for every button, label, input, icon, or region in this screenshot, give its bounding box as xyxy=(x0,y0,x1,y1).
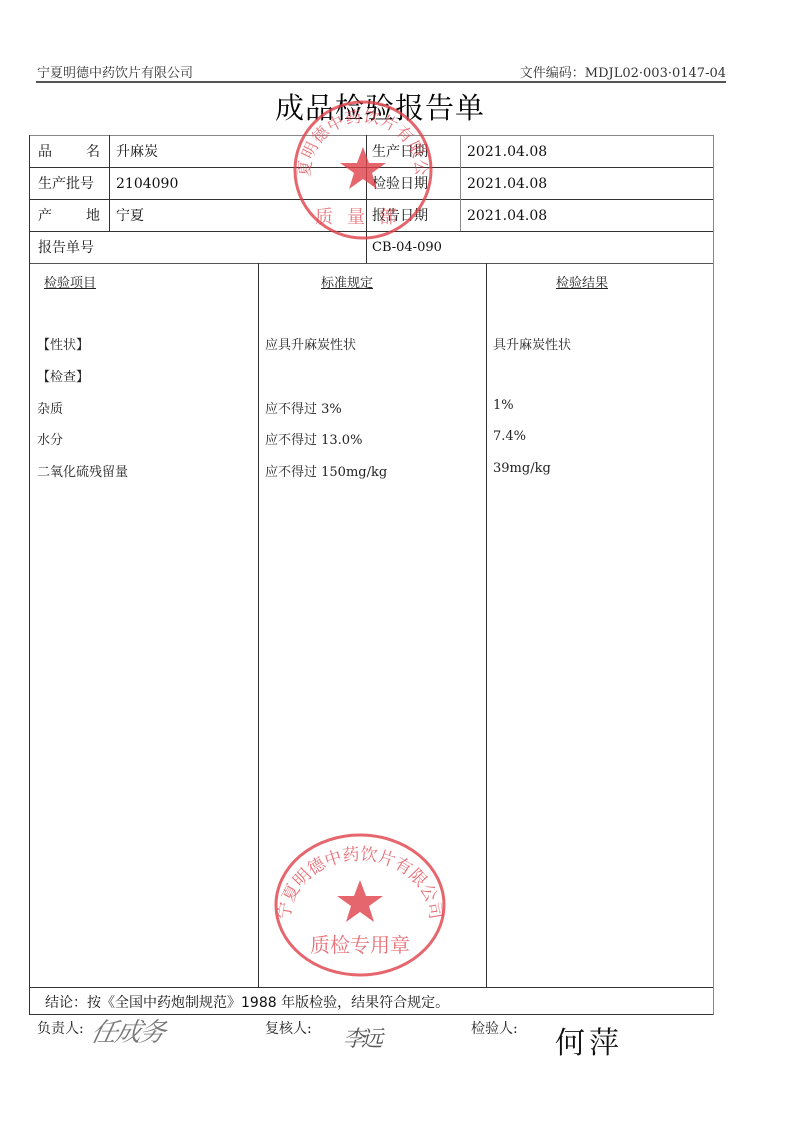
inspector-signature: 何萍 xyxy=(555,1018,623,1062)
inspector-label: 检验人: xyxy=(471,1018,518,1038)
row-standard: 应不得过 3% xyxy=(265,398,342,417)
row-result: 7.4% xyxy=(493,429,526,444)
batch-value: 2104090 xyxy=(116,168,178,200)
inspection-date-value: 2021.04.08 xyxy=(467,168,547,200)
conclusion-text: 结论：按《全国中药炮制规范》1988 年版检验，结果符合规定。 xyxy=(45,992,449,1012)
row-result: 具升麻炭性状 xyxy=(493,334,571,353)
col-divider xyxy=(460,135,461,231)
header-rule xyxy=(36,81,726,83)
responsible-signature: 任成务 xyxy=(88,1012,168,1049)
quality-inspection-stamp: 宁夏明德中药饮片有限公司 质检专用章 xyxy=(270,830,450,980)
row-result: 39mg/kg xyxy=(493,461,551,476)
report-no-label: 报告单号 xyxy=(38,232,94,264)
page-title: 成品检验报告单 xyxy=(0,86,760,127)
reviewer-signature: 李远 xyxy=(343,1022,379,1053)
row-divider xyxy=(29,987,714,988)
document-code: 文件编码：MDJL02·003·0147-04 xyxy=(520,62,726,81)
column-header-item: 检验项目 xyxy=(44,272,96,291)
report-date-label: 报告日期 xyxy=(372,200,428,232)
report-date-value: 2021.04.08 xyxy=(467,200,547,232)
row-item: 二氧化硫残留量 xyxy=(37,461,128,480)
svg-text:质检专用章: 质检专用章 xyxy=(310,933,410,957)
column-header-standard: 标准规定 xyxy=(321,272,373,291)
col-divider xyxy=(258,263,259,987)
column-header-result: 检验结果 xyxy=(556,272,608,291)
batch-label: 生产批号 xyxy=(38,168,94,200)
svg-text:宁夏明德中药饮片有限公司: 宁夏明德中药饮片有限公司 xyxy=(275,845,446,921)
row-item: 【检查】 xyxy=(37,366,89,385)
responsible-label: 负责人: xyxy=(37,1018,84,1038)
row-item: 水分 xyxy=(37,429,63,448)
row-standard: 应不得过 13.0% xyxy=(265,429,362,448)
table-border-right xyxy=(713,135,714,1015)
row-standard: 应具升麻炭性状 xyxy=(265,334,356,353)
origin-value: 宁夏 xyxy=(116,200,144,232)
col-divider xyxy=(366,135,367,263)
production-date-value: 2021.04.08 xyxy=(467,136,547,168)
col-divider xyxy=(486,263,487,987)
row-item: 杂质 xyxy=(37,398,63,417)
table-border-left xyxy=(29,135,30,1015)
production-date-label: 生产日期 xyxy=(372,136,428,168)
product-name-label: 品名 xyxy=(38,136,100,168)
reviewer-label: 复核人: xyxy=(265,1018,312,1038)
row-standard: 应不得过 150mg/kg xyxy=(265,461,387,480)
report-no-value: CB-04-090 xyxy=(372,232,442,264)
company-name: 宁夏明德中药饮片有限公司 xyxy=(37,62,193,81)
product-name-value: 升麻炭 xyxy=(116,136,158,168)
col-divider xyxy=(109,135,110,231)
row-item: 【性状】 xyxy=(37,334,89,353)
row-result: 1% xyxy=(493,398,514,413)
inspection-date-label: 检验日期 xyxy=(372,168,428,200)
origin-label: 产地 xyxy=(38,200,100,232)
